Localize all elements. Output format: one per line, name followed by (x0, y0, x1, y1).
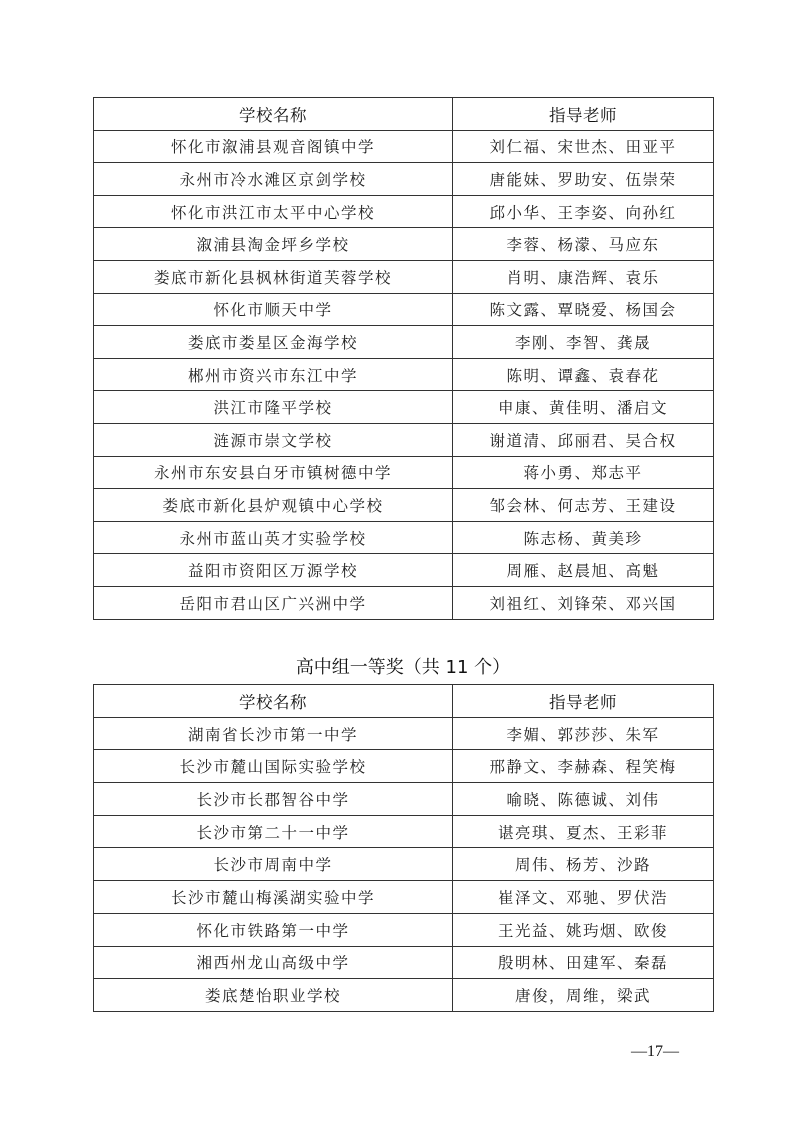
table-row: 洪江市隆平学校申康、黄佳明、潘启文 (94, 391, 714, 424)
school-cell: 娄底楚怡职业学校 (94, 979, 453, 1012)
teachers-cell: 崔泽文、邓驰、罗伏浩 (453, 881, 714, 914)
teachers-cell: 李刚、李智、龚晟 (453, 326, 714, 359)
teachers-cell: 邢静文、李赫森、程笑梅 (453, 750, 714, 783)
school-cell: 永州市蓝山英才实验学校 (94, 521, 453, 554)
school-cell: 娄底市娄星区金海学校 (94, 326, 453, 359)
teachers-cell: 周雁、赵晨旭、高魁 (453, 554, 714, 587)
table-row: 永州市蓝山英才实验学校陈志杨、黄美珍 (94, 521, 714, 554)
table-row: 怀化市顺天中学陈文露、覃晓爱、杨国会 (94, 293, 714, 326)
teachers-cell: 刘仁福、宋世杰、田亚平 (453, 130, 714, 163)
school-cell: 永州市冷水滩区京剑学校 (94, 163, 453, 196)
school-cell: 益阳市资阳区万源学校 (94, 554, 453, 587)
table-header-row: 学校名称 指导老师 (94, 685, 714, 718)
school-cell: 怀化市洪江市太平中心学校 (94, 195, 453, 228)
teachers-cell: 邹会林、何志芳、王建设 (453, 489, 714, 522)
table-row: 怀化市溆浦县观音阁镇中学刘仁福、宋世杰、田亚平 (94, 130, 714, 163)
column-header-school: 学校名称 (94, 685, 453, 718)
table-row: 怀化市铁路第一中学王光益、姚玙烟、欧俊 (94, 913, 714, 946)
school-cell: 溆浦县淘金坪乡学校 (94, 228, 453, 261)
teachers-cell: 申康、黄佳明、潘启文 (453, 391, 714, 424)
table-row: 湘西州龙山高级中学殷明林、田建军、秦磊 (94, 946, 714, 979)
teachers-cell: 喻晓、陈德诚、刘伟 (453, 783, 714, 816)
table-row: 溆浦县淘金坪乡学校李蓉、杨濛、马应东 (94, 228, 714, 261)
school-cell: 郴州市资兴市东江中学 (94, 358, 453, 391)
teachers-cell: 王光益、姚玙烟、欧俊 (453, 913, 714, 946)
school-cell: 涟源市崇文学校 (94, 423, 453, 456)
school-cell: 娄底市新化县炉观镇中心学校 (94, 489, 453, 522)
table-row: 娄底楚怡职业学校唐俊，周维，梁武 (94, 979, 714, 1012)
table-row: 益阳市资阳区万源学校周雁、赵晨旭、高魁 (94, 554, 714, 587)
teachers-cell: 唐俊，周维，梁武 (453, 979, 714, 1012)
table-row: 长沙市周南中学周伟、杨芳、沙路 (94, 848, 714, 881)
school-cell: 长沙市周南中学 (94, 848, 453, 881)
table-row: 娄底市娄星区金海学校李刚、李智、龚晟 (94, 326, 714, 359)
school-cell: 岳阳市君山区广兴洲中学 (94, 586, 453, 619)
teachers-cell: 陈文露、覃晓爱、杨国会 (453, 293, 714, 326)
award-table-continued: 学校名称 指导老师 怀化市溆浦县观音阁镇中学刘仁福、宋世杰、田亚平 永州市冷水滩… (93, 97, 714, 620)
teachers-cell: 蒋小勇、郑志平 (453, 456, 714, 489)
table-row: 涟源市崇文学校谢道清、邱丽君、吴合权 (94, 423, 714, 456)
teachers-cell: 刘祖红、刘锋荣、邓兴国 (453, 586, 714, 619)
school-cell: 娄底市新化县枫林街道芙蓉学校 (94, 260, 453, 293)
teachers-cell: 李蓉、杨濛、马应东 (453, 228, 714, 261)
table-row: 怀化市洪江市太平中心学校邱小华、王李姿、向孙红 (94, 195, 714, 228)
teachers-cell: 谢道清、邱丽君、吴合权 (453, 423, 714, 456)
school-cell: 怀化市铁路第一中学 (94, 913, 453, 946)
teachers-cell: 陈志杨、黄美珍 (453, 521, 714, 554)
table-row: 永州市东安县白牙市镇树德中学蒋小勇、郑志平 (94, 456, 714, 489)
table-row: 娄底市新化县枫林街道芙蓉学校肖明、康浩辉、袁乐 (94, 260, 714, 293)
teachers-cell: 周伟、杨芳、沙路 (453, 848, 714, 881)
table-row: 永州市冷水滩区京剑学校唐能妹、罗助安、伍崇荣 (94, 163, 714, 196)
school-cell: 怀化市顺天中学 (94, 293, 453, 326)
school-cell: 永州市东安县白牙市镇树德中学 (94, 456, 453, 489)
teachers-cell: 李媚、郭莎莎、朱军 (453, 717, 714, 750)
school-cell: 湖南省长沙市第一中学 (94, 717, 453, 750)
column-header-teachers: 指导老师 (453, 98, 714, 131)
column-header-teachers: 指导老师 (453, 685, 714, 718)
school-cell: 怀化市溆浦县观音阁镇中学 (94, 130, 453, 163)
column-header-school: 学校名称 (94, 98, 453, 131)
teachers-cell: 肖明、康浩辉、袁乐 (453, 260, 714, 293)
school-cell: 长沙市长郡智谷中学 (94, 783, 453, 816)
school-cell: 洪江市隆平学校 (94, 391, 453, 424)
school-cell: 湘西州龙山高级中学 (94, 946, 453, 979)
teachers-cell: 邱小华、王李姿、向孙红 (453, 195, 714, 228)
school-cell: 长沙市麓山国际实验学校 (94, 750, 453, 783)
table-row: 娄底市新化县炉观镇中心学校邹会林、何志芳、王建设 (94, 489, 714, 522)
section-title-high-school-first-prize: 高中组一等奖（共 11 个） (93, 653, 713, 679)
table-header-row: 学校名称 指导老师 (94, 98, 714, 131)
award-table-high-school: 学校名称 指导老师 湖南省长沙市第一中学李媚、郭莎莎、朱军 长沙市麓山国际实验学… (93, 684, 714, 1012)
table-row: 长沙市麓山国际实验学校邢静文、李赫森、程笑梅 (94, 750, 714, 783)
teachers-cell: 谌亮琪、夏杰、王彩菲 (453, 815, 714, 848)
table-row: 岳阳市君山区广兴洲中学刘祖红、刘锋荣、邓兴国 (94, 586, 714, 619)
table-row: 郴州市资兴市东江中学陈明、谭鑫、袁春花 (94, 358, 714, 391)
teachers-cell: 唐能妹、罗助安、伍崇荣 (453, 163, 714, 196)
table-row: 长沙市麓山梅溪湖实验中学崔泽文、邓驰、罗伏浩 (94, 881, 714, 914)
school-cell: 长沙市第二十一中学 (94, 815, 453, 848)
teachers-cell: 陈明、谭鑫、袁春花 (453, 358, 714, 391)
school-cell: 长沙市麓山梅溪湖实验中学 (94, 881, 453, 914)
table-row: 长沙市长郡智谷中学喻晓、陈德诚、刘伟 (94, 783, 714, 816)
table-row: 湖南省长沙市第一中学李媚、郭莎莎、朱军 (94, 717, 714, 750)
table-row: 长沙市第二十一中学谌亮琪、夏杰、王彩菲 (94, 815, 714, 848)
teachers-cell: 殷明林、田建军、秦磊 (453, 946, 714, 979)
page-number: —17— (610, 1043, 700, 1061)
